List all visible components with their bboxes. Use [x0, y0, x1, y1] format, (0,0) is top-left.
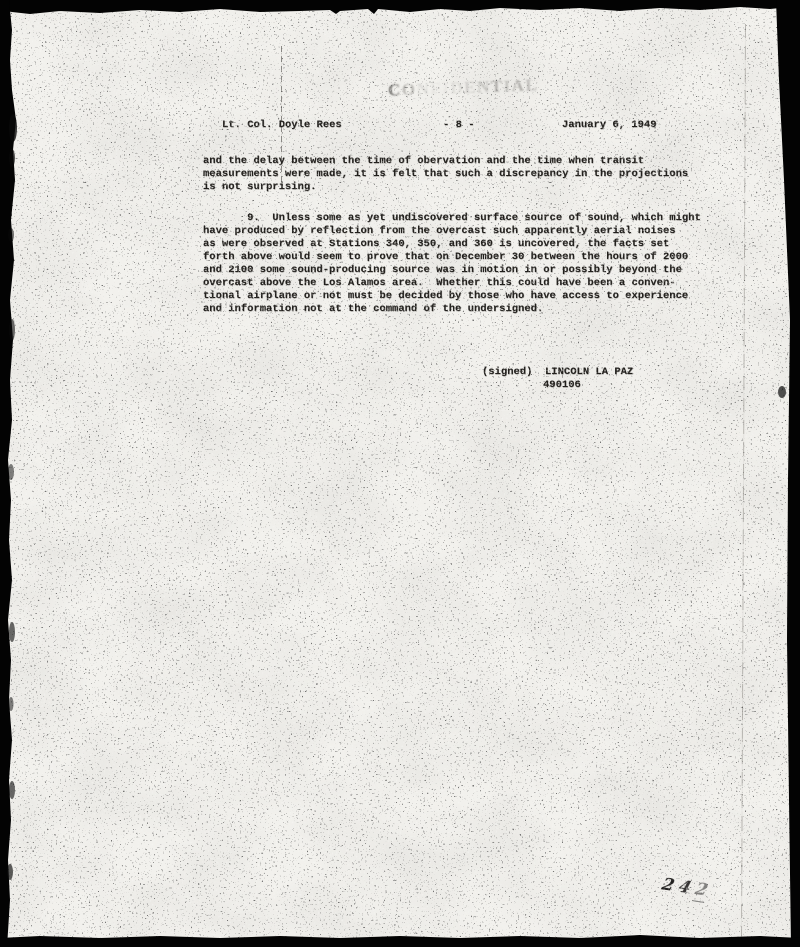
header-addressee: Lt. Col. Doyle Rees [222, 119, 342, 132]
photocopy-border-frame [0, 0, 800, 947]
body-paragraph-continuation: and the delay between the time of oberva… [203, 155, 688, 194]
header-date: January 6, 1949 [562, 119, 657, 132]
handwritten-page-number: 242 [659, 875, 715, 901]
handwritten-underline-mark [692, 900, 704, 903]
header-page-number: - 8 - [443, 119, 475, 132]
scan-speckle-noise [0, 0, 800, 947]
signature-line: (signed) LINCOLN LA PAZ [482, 366, 633, 379]
scanned-document-page: CONFIDENTIAL Lt. Col. Doyle Rees - 8 - J… [0, 0, 800, 947]
scan-artifact-line-right [741, 24, 746, 939]
scan-blotch-texture [0, 0, 800, 947]
confidential-stamp: CONFIDENTIAL [388, 75, 539, 100]
signature-serial-number: 490106 [543, 379, 581, 392]
body-paragraph-9: 9. Unless some as yet undiscovered surfa… [203, 212, 701, 316]
